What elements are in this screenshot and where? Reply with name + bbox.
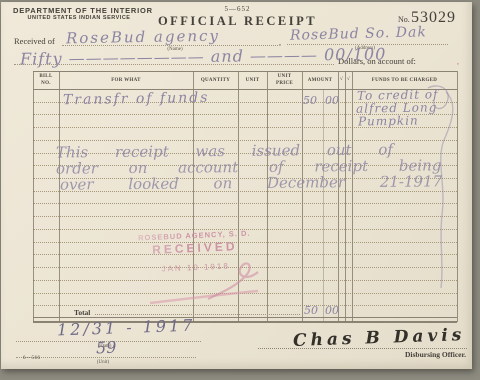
col-line xyxy=(345,71,346,322)
col-line xyxy=(267,71,268,322)
red-ink-mark: , xyxy=(457,57,459,66)
col-line xyxy=(338,71,339,322)
received-name-handwriting: RoseBud agency xyxy=(66,27,220,48)
row1-amount-cents: 00 xyxy=(325,94,339,107)
table-row-ruled-line xyxy=(33,305,457,306)
table-row-ruled-line xyxy=(33,216,457,217)
service-subtitle: UNITED STATES INDIAN SERVICE xyxy=(13,15,145,21)
table-row-ruled-line xyxy=(33,140,457,141)
col-line xyxy=(193,71,194,322)
col-header-amount: AMOUNT xyxy=(302,78,338,85)
form-code: 6—566 xyxy=(23,356,41,361)
received-of-label: Received of xyxy=(14,36,55,46)
signature-ruled-line xyxy=(258,348,467,349)
table-right-border xyxy=(457,71,458,322)
receipt-number-label: No. xyxy=(398,15,410,24)
unit-ruled-line xyxy=(16,357,196,358)
received-date-stamp: ROSEBUD AGENCY, S. D. RECEIVED JAN 10 19… xyxy=(115,228,275,276)
table-row-ruled-line xyxy=(33,203,457,204)
col-line xyxy=(59,71,60,322)
row1-amount-dollars: 50 xyxy=(303,94,317,107)
col-line xyxy=(33,71,34,322)
col-line xyxy=(238,71,239,322)
row1-funds-line3: Pumpkin xyxy=(358,113,419,128)
unit-handwriting: 59 xyxy=(96,337,117,357)
department-title: DEPARTMENT OF THE INTERIOR xyxy=(13,6,153,15)
cents-divider-line xyxy=(323,89,324,322)
col-header-bill-no: BILL NO. xyxy=(34,74,58,88)
form-number: 5—652 xyxy=(160,5,315,13)
col-header-for-what: FOR WHAT xyxy=(59,78,193,85)
note-line3-handwriting: over looked on December 21-1917 xyxy=(60,172,442,193)
table-row-ruled-line xyxy=(33,293,457,294)
col-header-funds: FUNDS TO BE CHARGED xyxy=(352,78,457,85)
col-header-check-1: √ xyxy=(338,77,345,84)
table-top-border xyxy=(33,71,457,72)
scanned-receipt-document: DEPARTMENT OF THE INTERIOR UNITED STATES… xyxy=(0,0,480,380)
col-header-quantity: QUANTITY xyxy=(193,78,238,85)
total-label: Total xyxy=(74,308,90,317)
col-header-check-2: √ xyxy=(345,77,352,84)
total-dollars-handwriting: 50 xyxy=(304,304,318,317)
unit-caption: (Unit) xyxy=(78,360,128,365)
col-header-unit-price: UNIT PRICE xyxy=(269,74,300,88)
table-row-ruled-line xyxy=(33,280,457,281)
table-bottom-border-1 xyxy=(33,317,457,318)
col-header-unit: UNIT xyxy=(238,78,267,85)
col-line xyxy=(352,71,353,322)
signature-caption: Disbursing Officer. xyxy=(330,350,466,359)
total-ruled-line xyxy=(95,314,300,315)
row1-for-what-handwriting: Transfr of funds xyxy=(63,90,210,109)
total-cents-handwriting: 00 xyxy=(325,304,339,317)
col-line xyxy=(302,71,303,322)
